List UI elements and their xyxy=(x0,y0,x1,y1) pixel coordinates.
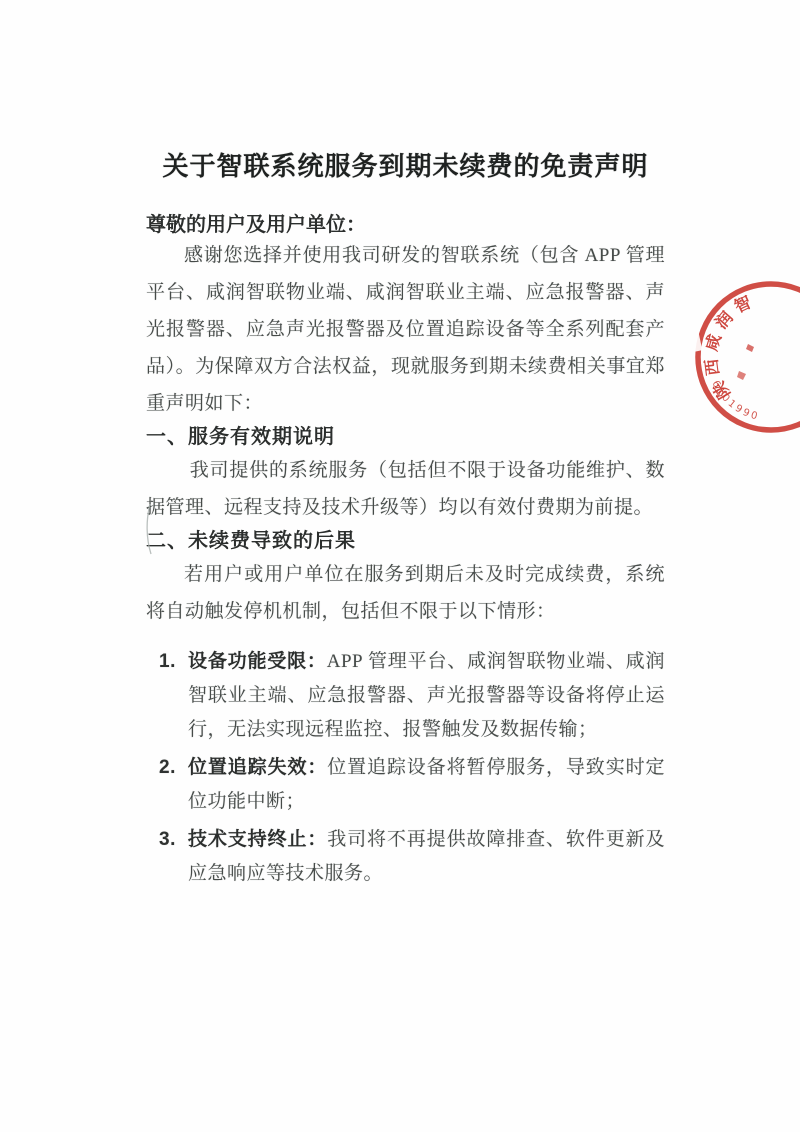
list-item-label: 设备功能受限： xyxy=(188,651,327,672)
document-content: 关于智联系统服务到期未续费的免责声明 尊敬的用户及用户单位： 感谢您选择并使用我… xyxy=(146,0,665,891)
list-item-number: 2. xyxy=(159,751,176,785)
seal-star-fragment xyxy=(746,344,754,352)
list-item-label: 技术支持终止： xyxy=(188,829,327,850)
page-title: 关于智联系统服务到期未续费的免责声明 xyxy=(146,146,665,183)
document-page: 关于智联系统服务到期未续费的免责声明 尊敬的用户及用户单位： 感谢您选择并使用我… xyxy=(0,0,800,1132)
list-item: 1.设备功能受限：APP 管理平台、咸润智联物业端、咸润智联业主端、应急报警器、… xyxy=(146,645,665,747)
scan-crease-artifact xyxy=(140,498,164,560)
section-body-2: 若用户或用户单位在服务到期后未及时完成续费，系统将自动触发停机机制，包括但不限于… xyxy=(146,556,665,630)
consequence-list: 1.设备功能受限：APP 管理平台、咸润智联物业端、咸润智联业主端、应急报警器、… xyxy=(146,645,665,891)
seal-star-fragment xyxy=(737,371,746,380)
intro-paragraph: 感谢您选择并使用我司研发的智联系统（包含 APP 管理平台、咸润智联物业端、咸润… xyxy=(146,237,665,422)
list-item-number: 3. xyxy=(159,823,176,857)
section-heading-2: 二、未续费导致的后果 xyxy=(146,526,665,556)
list-item-label: 位置追踪失效： xyxy=(188,757,327,778)
list-item: 2.位置追踪失效：位置追踪设备将暂停服务，导致实时定位功能中断； xyxy=(146,751,665,819)
company-seal-stamp: 陕西咸润智 6101990 xyxy=(688,276,800,440)
section-body-1: 我司提供的系统服务（包括但不限于设备功能维护、数据管理、远程支持及技术升级等）均… xyxy=(146,452,665,526)
list-item-number: 1. xyxy=(159,645,176,679)
list-item: 3.技术支持终止：我司将不再提供故障排查、软件更新及应急响应等技术服务。 xyxy=(146,823,665,891)
salutation: 尊敬的用户及用户单位： xyxy=(146,208,665,237)
section-heading-1: 一、服务有效期说明 xyxy=(146,422,665,452)
